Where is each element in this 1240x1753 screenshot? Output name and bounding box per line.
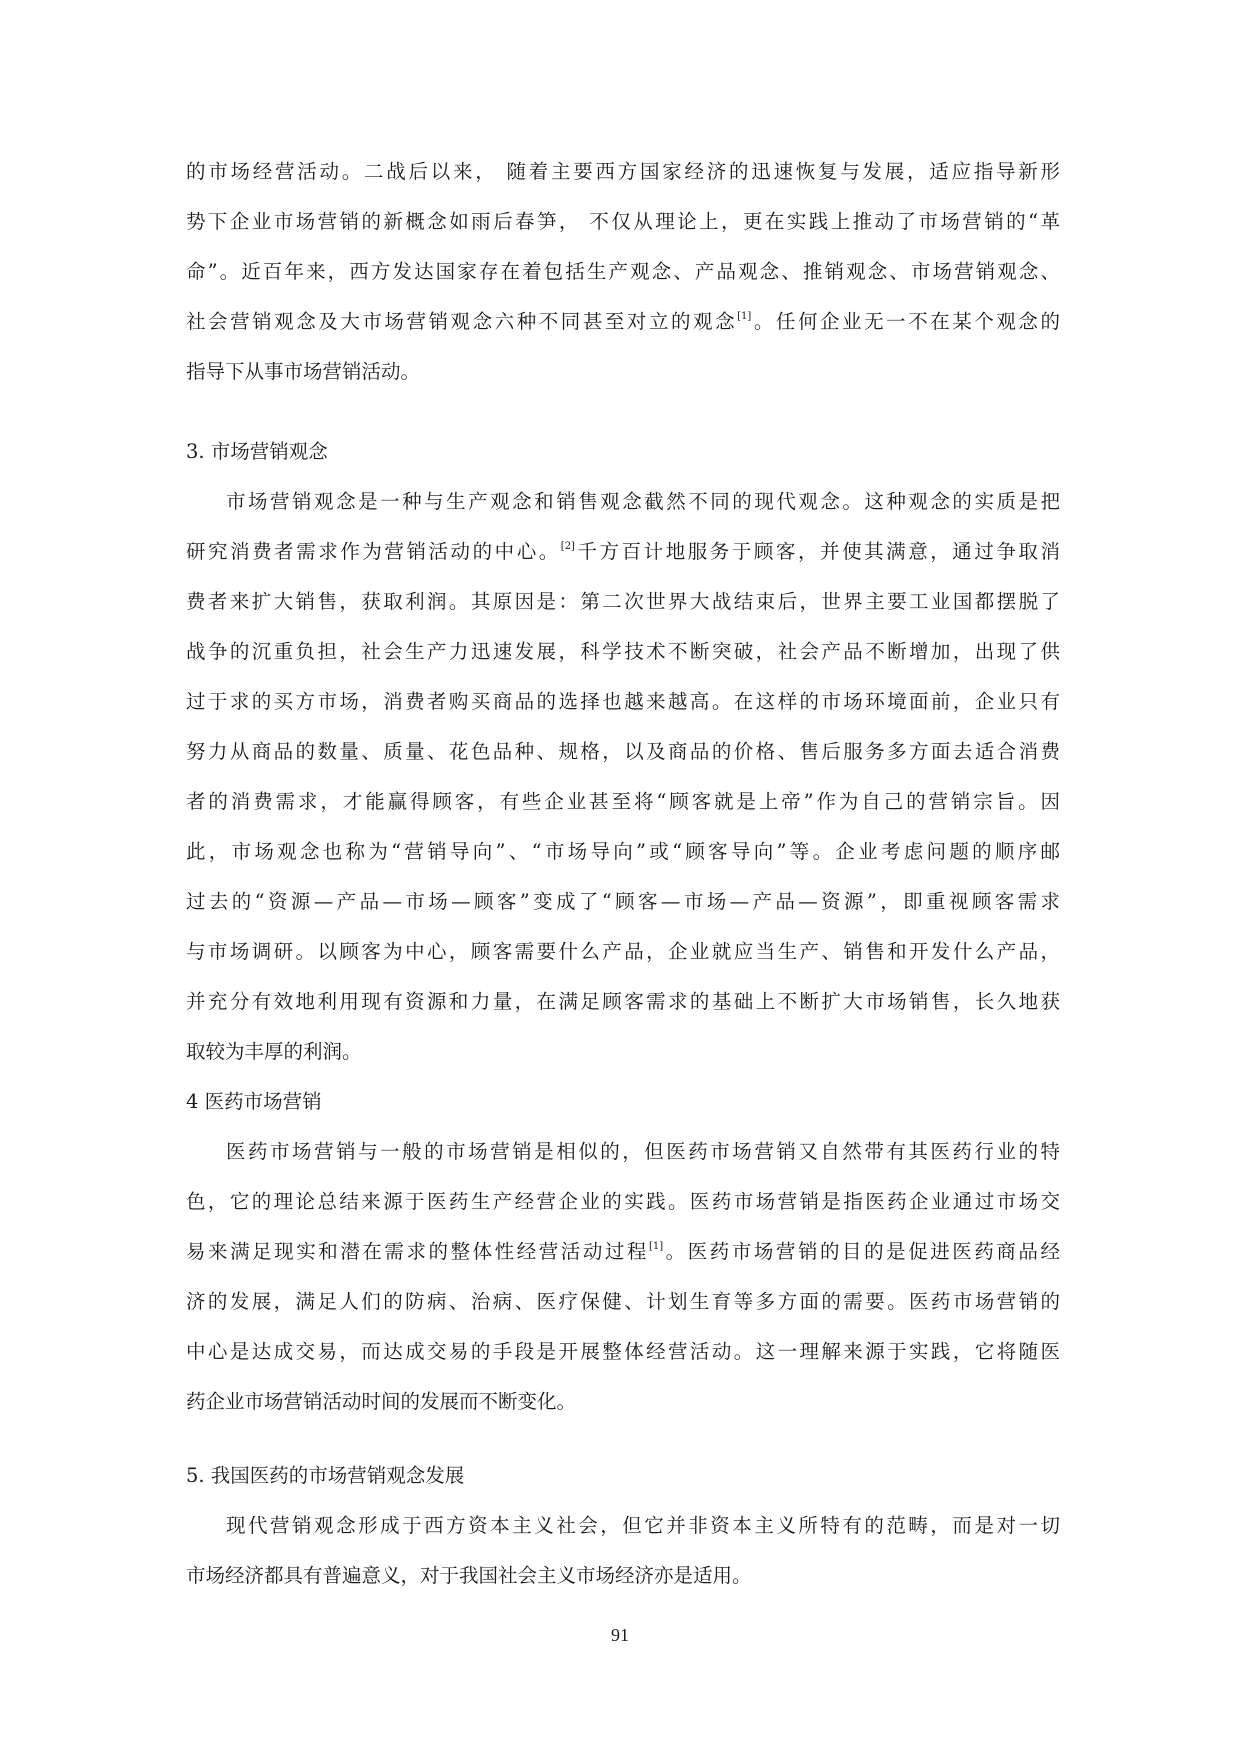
text-line: 过于求的买方市场，消费者购买商品的选择也越来越高。在这样的市场环境面前，企业只有: [186, 690, 1060, 714]
text-line: 费者来扩大销售，获取利润。其原因是：第二次世界大战结束后，世界主要工业国都摆脱了: [186, 590, 1060, 614]
section-heading: 4 医药市场营销: [186, 1090, 322, 1114]
text-line: 与市场调研。以顾客为中心，顾客需要什么产品，企业就应当生产、销售和开发什么产品，: [186, 940, 1060, 964]
text-line: 者的消费需求，才能赢得顾客，有些企业甚至将“顾客就是上帝”作为自己的营销宗旨。因: [186, 790, 1060, 814]
text-line: 色，它的理论总结来源于医药生产经营企业的实践。医药市场营销是指医药企业通过市场交: [186, 1190, 1060, 1214]
text-line: 并充分有效地利用现有资源和力量，在满足顾客需求的基础上不断扩大市场销售，长久地获: [186, 990, 1060, 1014]
text-line: 易来满足现实和潜在需求的整体性经营活动过程[1]。医药市场营销的目的是促进医药商…: [186, 1240, 1060, 1264]
section-heading: 3. 市场营销观念: [186, 440, 328, 464]
text-line: 研究消费者需求作为营销活动的中心。[2]千方百计地服务于顾客，并使其满意，通过争…: [186, 540, 1060, 564]
text-line: 过去的“资源—产品—市场—顾客”变成了“顾客—市场—产品—资源”，即重视顾客需求: [186, 890, 1060, 914]
text-line: 中心是达成交易，而达成交易的手段是开展整体经营活动。这一理解来源于实践，它将随医: [186, 1340, 1060, 1364]
text-line: 市场经济都具有普遍意义，对于我国社会主义市场经济亦是适用。: [186, 1564, 1060, 1588]
text-segment: 。医药市场营销的目的是促进医药商品经: [663, 1240, 1060, 1263]
text-line: 命”。近百年来，西方发达国家存在着包括生产观念、产品观念、推销观念、市场营销观念…: [186, 260, 1060, 284]
text-line: 指导下从事市场营销活动。: [186, 360, 1060, 384]
page-number: 91: [0, 1625, 1240, 1646]
text-line: 市场营销观念是一种与生产观念和销售观念截然不同的现代观念。这种观念的实质是把: [226, 490, 1060, 514]
text-line: 努力从商品的数量、质量、花色品种、规格，以及商品的价格、售后服务多方面去适合消费: [186, 740, 1060, 764]
text-line: 势下企业市场营销的新概念如雨后春笋， 不仅从理论上，更在实践上推动了市场营销的“…: [186, 210, 1060, 234]
text-line: 现代营销观念形成于西方资本主义社会，但它并非资本主义所特有的范畴，而是对一切: [226, 1514, 1060, 1538]
citation-ref: [1]: [737, 311, 751, 322]
section-heading: 5. 我国医药的市场营销观念发展: [186, 1464, 464, 1488]
text-line: 社会营销观念及大市场营销观念六种不同甚至对立的观念[1]。任何企业无一不在某个观…: [186, 310, 1060, 334]
text-segment: 研究消费者需求作为营销活动的中心。: [186, 540, 561, 563]
text-line: 济的发展，满足人们的防病、治病、医疗保健、计划生育等多方面的需要。医药市场营销的: [186, 1290, 1060, 1314]
document-page: 的市场经营活动。二战后以来， 随着主要西方国家经济的迅速恢复与发展，适应指导新形…: [0, 0, 1240, 1753]
text-segment: 。任何企业无一不在某个观念的: [751, 310, 1060, 333]
citation-ref: [2]: [561, 541, 575, 552]
text-line: 药企业市场营销活动时间的发展而不断变化。: [186, 1390, 1060, 1414]
text-segment: 社会营销观念及大市场营销观念六种不同甚至对立的观念: [186, 310, 737, 333]
text-segment: 千方百计地服务于顾客，并使其满意，通过争取消: [575, 540, 1060, 563]
text-line: 医药市场营销与一般的市场营销是相似的，但医药市场营销又自然带有其医药行业的特: [226, 1140, 1060, 1164]
citation-ref: [1]: [649, 1241, 663, 1252]
text-line: 的市场经营活动。二战后以来， 随着主要西方国家经济的迅速恢复与发展，适应指导新形: [186, 160, 1060, 184]
text-segment: 易来满足现实和潜在需求的整体性经营活动过程: [186, 1240, 649, 1263]
text-line: 此，市场观念也称为“营销导向”、“市场导向”或“顾客导向”等。企业考虑问题的顺序…: [186, 840, 1060, 864]
text-line: 战争的沉重负担，社会生产力迅速发展，科学技术不断突破，社会产品不断增加，出现了供: [186, 640, 1060, 664]
text-line: 取较为丰厚的利润。: [186, 1040, 1060, 1064]
